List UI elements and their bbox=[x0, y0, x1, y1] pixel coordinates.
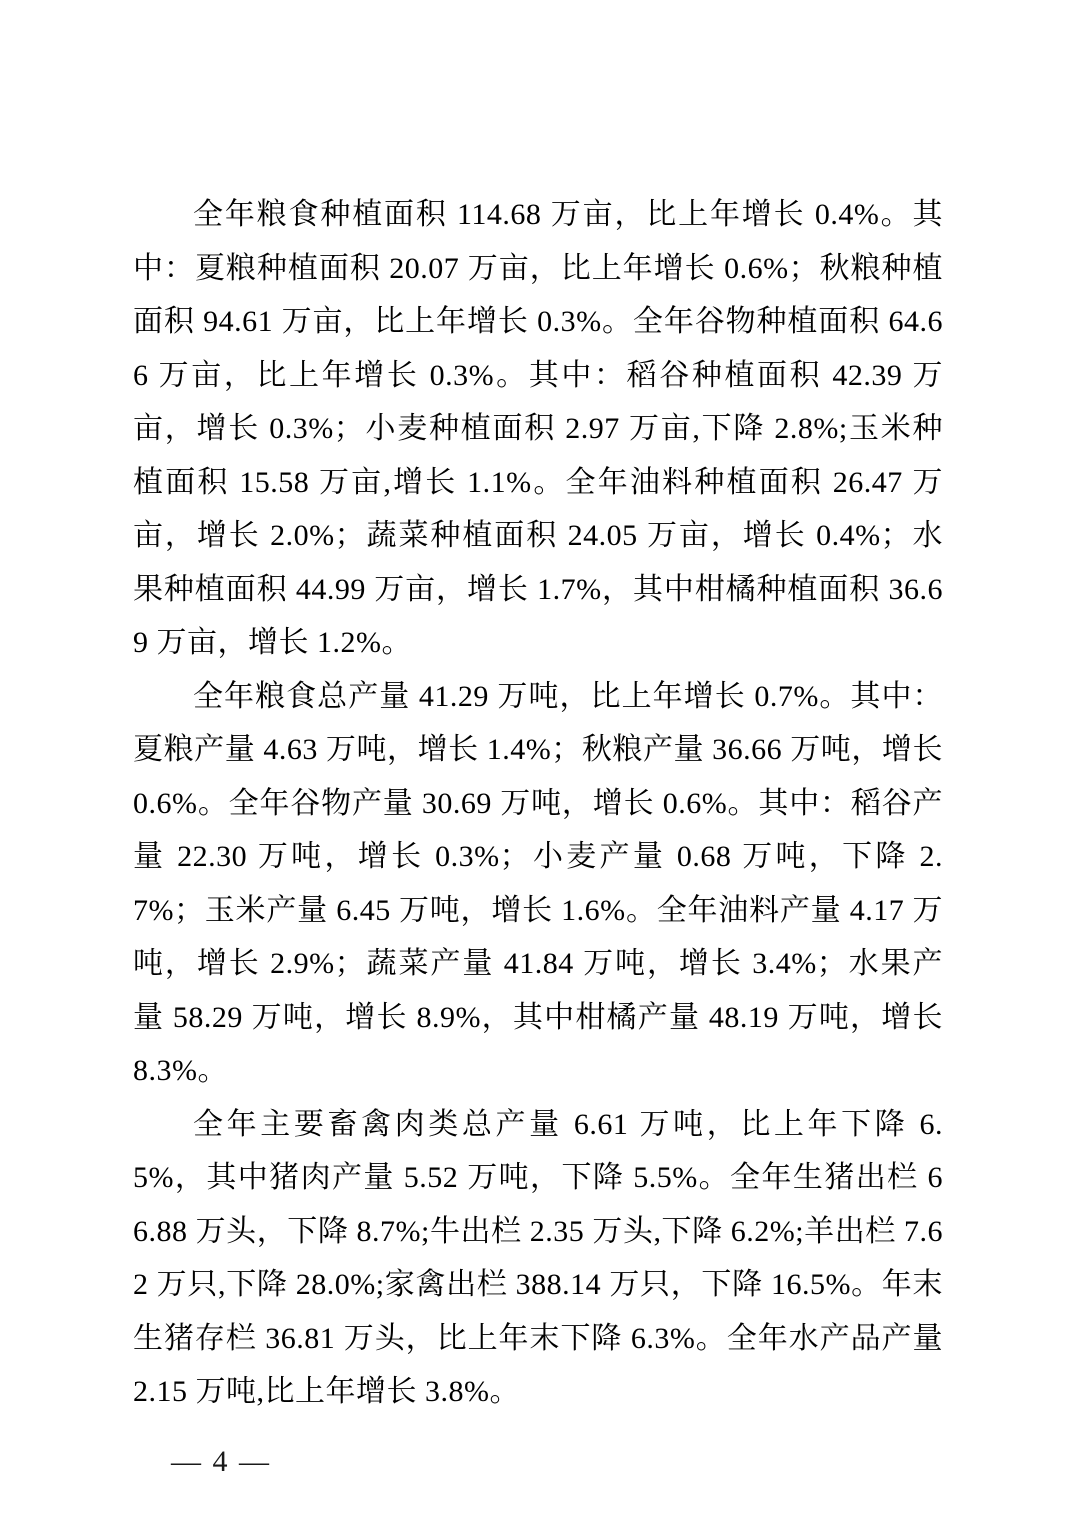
page-number: — 4 — bbox=[171, 1445, 271, 1478]
document-body: 全年粮食种植面积 114.68 万亩，比上年增长 0.4%。其中：夏粮种植面积 … bbox=[133, 188, 943, 1419]
paragraph-planting-area: 全年粮食种植面积 114.68 万亩，比上年增长 0.4%。其中：夏粮种植面积 … bbox=[133, 188, 943, 670]
document-page: 全年粮食种植面积 114.68 万亩，比上年增长 0.4%。其中：夏粮种植面积 … bbox=[0, 0, 1074, 1520]
paragraph-grain-output: 全年粮食总产量 41.29 万吨，比上年增长 0.7%。其中：夏粮产量 4.63… bbox=[133, 670, 943, 1098]
page-footer: — 4 — bbox=[133, 1408, 271, 1516]
paragraph-livestock-fishery-output: 全年主要畜禽肉类总产量 6.61 万吨，比上年下降 6.5%，其中猪肉产量 5.… bbox=[133, 1098, 943, 1419]
